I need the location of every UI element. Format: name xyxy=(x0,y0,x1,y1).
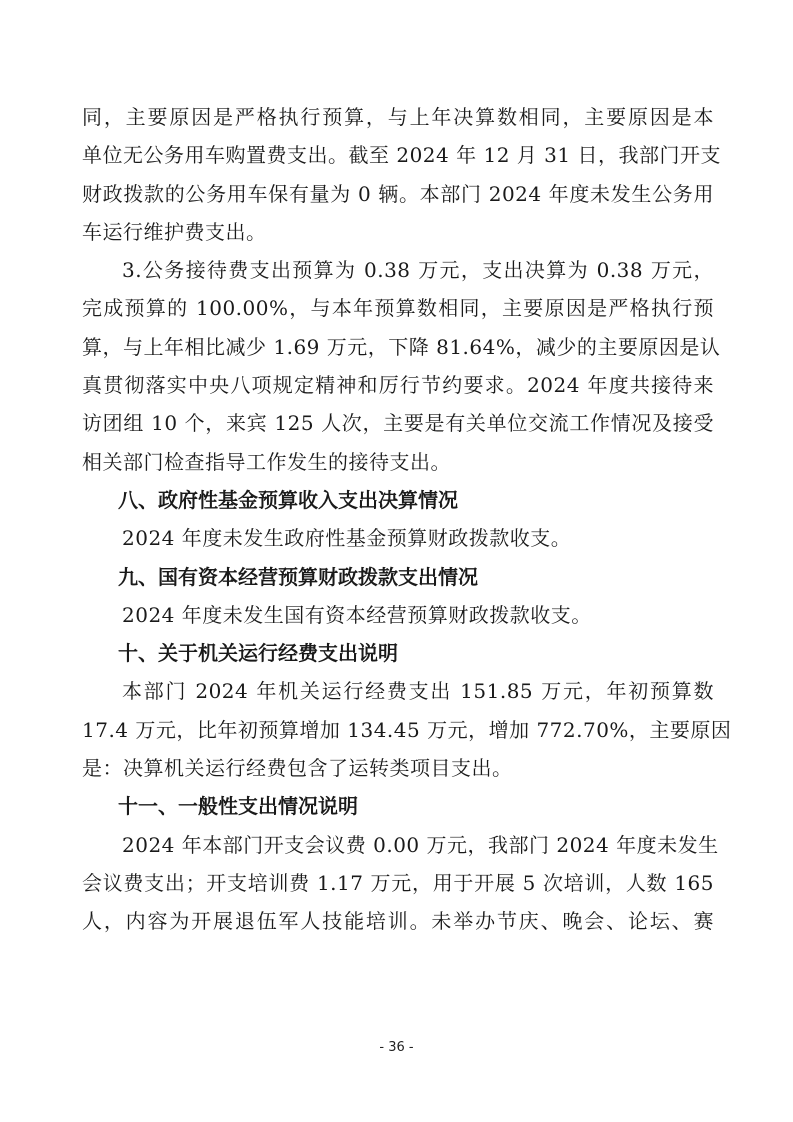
section-heading-general-expense: 十一、一般性支出情况说明 xyxy=(82,787,714,825)
text-line: 17.4 万元，比年初预算增加 134.45 万元，增加 772.70%，主要原… xyxy=(82,711,714,749)
text-line: 会议费支出；开支培训费 1.17 万元，用于开展 5 次培训，人数 165 xyxy=(82,864,714,902)
text-line: 人，内容为开展退伍军人技能培训。未举办节庆、晚会、论坛、赛 xyxy=(82,902,714,940)
paragraph-vehicle-expense: 同，主要原因是严格执行预算，与上年决算数相同，主要原因是本 单位无公务用车购置费… xyxy=(82,98,714,251)
text-line: 车运行维护费支出。 xyxy=(82,213,714,251)
document-body: 同，主要原因是严格执行预算，与上年决算数相同，主要原因是本 单位无公务用车购置费… xyxy=(82,98,714,941)
text-line: 真贯彻落实中央八项规定精神和厉行节约要求。2024 年度共接待来 xyxy=(82,366,714,404)
text-line: 2024 年度未发生国有资本经营预算财政拨款收支。 xyxy=(82,596,714,634)
text-line: 算，与上年相比减少 1.69 万元，下降 81.64%，减少的主要原因是认 xyxy=(82,328,714,366)
text-line: 访团组 10 个，来宾 125 人次，主要是有关单位交流工作情况及接受 xyxy=(82,404,714,442)
paragraph-operating-expense: 本部门 2024 年机关运行经费支出 151.85 万元，年初预算数 17.4 … xyxy=(82,672,714,787)
section-heading-operating-expense: 十、关于机关运行经费支出说明 xyxy=(82,634,714,672)
text-line: 2024 年本部门开支会议费 0.00 万元，我部门 2024 年度未发生 xyxy=(82,826,714,864)
text-line: 2024 年度未发生政府性基金预算财政拨款收支。 xyxy=(82,519,714,557)
text-line: 是：决算机关运行经费包含了运转类项目支出。 xyxy=(82,749,714,787)
text-line: 完成预算的 100.00%，与本年预算数相同，主要原因是严格执行预 xyxy=(82,289,714,327)
text-line: 3.公务接待费支出预算为 0.38 万元，支出决算为 0.38 万元， xyxy=(82,251,714,289)
section-heading-state-capital: 九、国有资本经营预算财政拨款支出情况 xyxy=(82,558,714,596)
text-line: 单位无公务用车购置费支出。截至 2024 年 12 月 31 日，我部门开支 xyxy=(82,136,714,174)
text-line: 相关部门检查指导工作发生的接待支出。 xyxy=(82,443,714,481)
paragraph-government-fund: 2024 年度未发生政府性基金预算财政拨款收支。 xyxy=(82,519,714,557)
paragraph-reception-expense: 3.公务接待费支出预算为 0.38 万元，支出决算为 0.38 万元， 完成预算… xyxy=(82,251,714,481)
text-line: 财政拨款的公务用车保有量为 0 辆。本部门 2024 年度未发生公务用 xyxy=(82,175,714,213)
section-heading-government-fund: 八、政府性基金预算收入支出决算情况 xyxy=(82,481,714,519)
paragraph-general-expense: 2024 年本部门开支会议费 0.00 万元，我部门 2024 年度未发生 会议… xyxy=(82,826,714,941)
text-line: 本部门 2024 年机关运行经费支出 151.85 万元，年初预算数 xyxy=(82,672,714,710)
paragraph-state-capital: 2024 年度未发生国有资本经营预算财政拨款收支。 xyxy=(82,596,714,634)
text-line: 同，主要原因是严格执行预算，与上年决算数相同，主要原因是本 xyxy=(82,98,714,136)
page-number: - 36 - xyxy=(0,1040,793,1055)
